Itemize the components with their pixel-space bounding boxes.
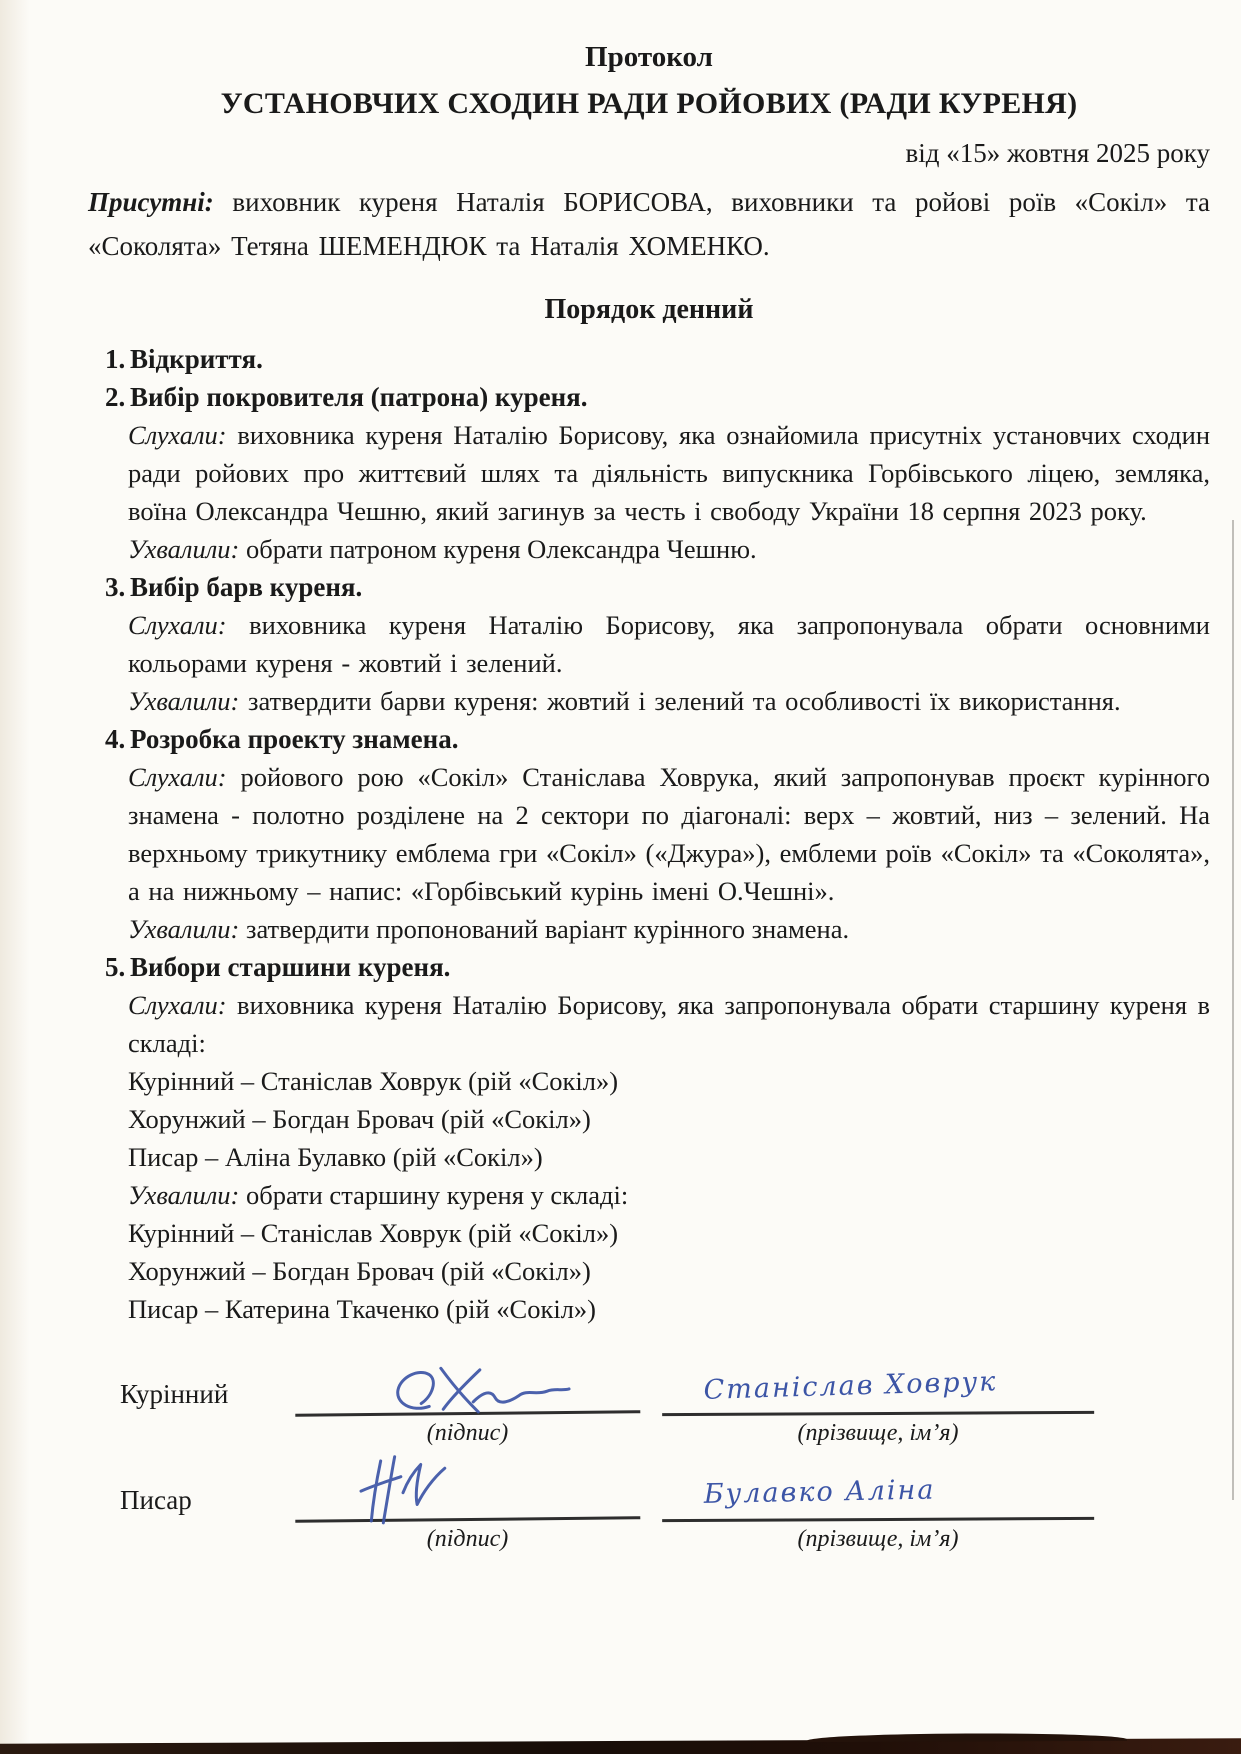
item-number: 3. — [105, 568, 130, 606]
document-subtitle: УСТАНОВЧИХ СХОДИН РАДИ РОЙОВИХ (РАДИ КУР… — [88, 86, 1210, 122]
name-line: Станіслав Ховрук — [662, 1353, 1094, 1416]
signature-role-label: Писар — [88, 1485, 295, 1552]
item-number: 4. — [105, 720, 130, 758]
uhvalyly-paragraph: Ухвалили: обрати старшину куреня у склад… — [128, 1176, 1210, 1214]
sluhaly-label: Слухали: — [128, 420, 227, 450]
approved-roster-line: Курінний – Станіслав Ховрук (рій «Сокіл»… — [128, 1214, 1210, 1252]
page-title: Протокол — [88, 40, 1210, 74]
paper-right-edge-artifact — [1232, 520, 1234, 1500]
uhvalyly-label: Ухвалили: — [128, 686, 239, 716]
signature-column: (підпис) — [295, 1460, 640, 1552]
item-heading: 4.Розробка проекту знамена. — [88, 720, 1210, 758]
uhvalyly-label: Ухвалили: — [128, 534, 239, 564]
agenda-item-4: 4.Розробка проекту знамена. Слухали: рой… — [88, 720, 1210, 948]
proposed-roster-line: Писар – Аліна Булавко (рій «Сокіл») — [128, 1138, 1210, 1176]
kurinnyi-signature-ink — [383, 1351, 604, 1427]
document-content: Протокол УСТАНОВЧИХ СХОДИН РАДИ РОЙОВИХ … — [0, 0, 1241, 1552]
signature-line — [295, 1352, 641, 1417]
handwritten-name: Станіслав Ховрук — [703, 1366, 998, 1406]
present-paragraph: Присутні: виховник куреня Наталія БОРИСО… — [88, 180, 1210, 268]
uhvalyly-label: Ухвалили: — [128, 1180, 239, 1210]
agenda-item-5: 5.Вибори старшини куреня. Слухали: вихов… — [88, 948, 1210, 1328]
signature-column: (підпис) — [295, 1354, 640, 1446]
approved-roster-line: Писар – Катерина Ткаченко (рій «Сокіл») — [128, 1290, 1210, 1328]
name-caption: (прізвище, ім’я) — [662, 1415, 1094, 1446]
uhvalyly-paragraph: Ухвалили: затвердити барви куреня: жовти… — [128, 682, 1210, 720]
sluhaly-label: Слухали: — [128, 762, 227, 792]
present-label: Присутні: — [88, 187, 214, 217]
item-heading: 2.Вибір покровителя (патрона) куреня. — [88, 378, 1210, 416]
agenda-list: 1.Відкриття. 2.Вибір покровителя (патрон… — [88, 340, 1210, 1328]
sluhaly-paragraph: Слухали: виховника куреня Наталію Борисо… — [128, 416, 1210, 530]
name-column: Булавко Аліна (прізвище, ім’я) — [662, 1460, 1094, 1552]
sluhaly-paragraph: Слухали: ройового рою «Сокіл» Станіслава… — [128, 758, 1210, 910]
agenda-item-1: 1.Відкриття. — [88, 340, 1210, 378]
agenda-item-3: 3.Вибір барв куреня. Слухали: виховника … — [88, 568, 1210, 720]
uhvalyly-label: Ухвалили: — [128, 914, 239, 944]
item-number: 2. — [105, 378, 130, 416]
item-number: 1. — [105, 340, 130, 378]
item-number: 5. — [105, 948, 130, 986]
proposed-roster-line: Хорунжий – Богдан Бровач (рій «Сокіл») — [128, 1100, 1210, 1138]
signature-block: Курінний (підпис) Станіслав Ховр — [88, 1354, 1210, 1552]
item-heading: 1.Відкриття. — [88, 340, 1210, 378]
proposed-roster-line: Курінний – Станіслав Ховрук (рій «Сокіл»… — [128, 1062, 1210, 1100]
handwritten-name: Булавко Аліна — [704, 1474, 936, 1509]
signature-line — [295, 1458, 641, 1523]
present-text: виховник куреня Наталія БОРИСОВА, виховн… — [88, 187, 1210, 261]
sluhaly-label: Слухали: — [128, 990, 227, 1020]
item-heading: 3.Вибір барв куреня. — [88, 568, 1210, 606]
agenda-item-2: 2.Вибір покровителя (патрона) куреня. Сл… — [88, 378, 1210, 568]
uhvalyly-paragraph: Ухвалили: затвердити пропонований варіан… — [128, 910, 1210, 948]
sluhaly-paragraph: Слухали: виховника куреня Наталію Борисо… — [128, 606, 1210, 682]
name-line: Булавко Аліна — [662, 1459, 1094, 1522]
sluhaly-label: Слухали: — [128, 610, 227, 640]
item-heading: 5.Вибори старшини куреня. — [88, 948, 1210, 986]
name-column: Станіслав Ховрук (прізвище, ім’я) — [662, 1354, 1094, 1446]
scanned-protocol-page: Протокол УСТАНОВЧИХ СХОДИН РАДИ РОЙОВИХ … — [0, 0, 1241, 1754]
uhvalyly-paragraph: Ухвалили: обрати патроном куреня Олексан… — [128, 530, 1210, 568]
agenda-title: Порядок денний — [88, 292, 1210, 328]
sluhaly-paragraph: Слухали: виховника куреня Наталію Борисо… — [128, 986, 1210, 1062]
pysar-signature-ink — [343, 1448, 474, 1535]
signature-row-pysar: Писар (підпис) Булавко Аліна — [88, 1460, 1210, 1552]
approved-roster-line: Хорунжий – Богдан Бровач (рій «Сокіл») — [128, 1252, 1210, 1290]
date-line: від «15» жовтня 2025 року — [88, 136, 1210, 170]
signature-row-kurinnyi: Курінний (підпис) Станіслав Ховр — [88, 1354, 1210, 1446]
name-caption: (прізвище, ім’я) — [662, 1521, 1094, 1552]
signature-role-label: Курінний — [88, 1379, 295, 1446]
scan-bottom-edge-artifact — [0, 1738, 1241, 1754]
